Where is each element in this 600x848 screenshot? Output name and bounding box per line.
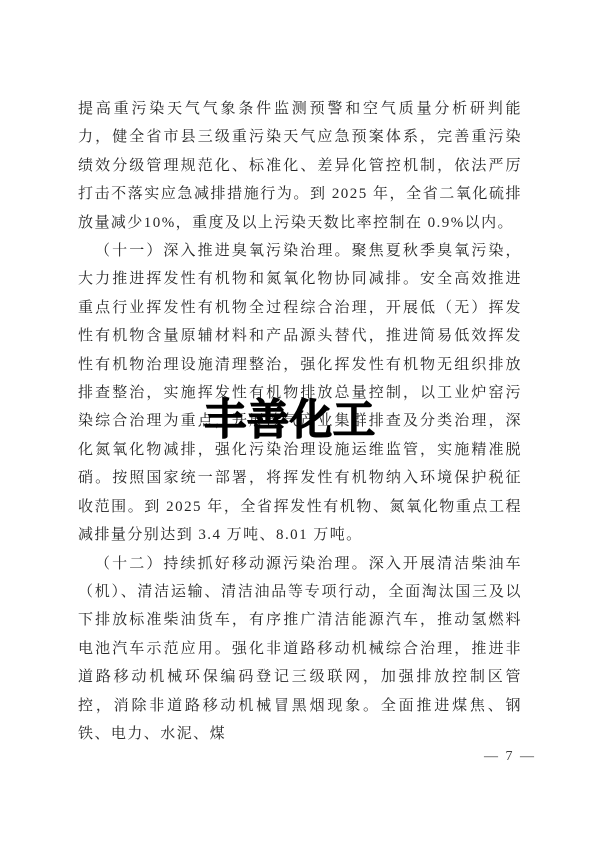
- paragraph: （十一）深入推进臭氧污染治理。聚焦夏秋季臭氧污染，大力推进挥发性有机物和氮氧化物…: [78, 237, 522, 549]
- paragraph: （十二）持续抓好移动源污染治理。深入开展清洁柴油车（机）、清洁运输、清洁油品等专…: [78, 550, 522, 749]
- page-number: — 7 —: [484, 749, 536, 765]
- document-page: 提高重污染天气气象条件监测预警和空气质量分析研判能力，健全省市县三级重污染天气应…: [0, 0, 600, 848]
- paragraph: 提高重污染天气气象条件监测预警和空气质量分析研判能力，健全省市县三级重污染天气应…: [78, 95, 522, 237]
- paragraph-lead: （十一）深入推进臭氧污染治理。: [95, 243, 352, 259]
- paragraph-lead: （十二）持续抓好移动源污染治理。: [95, 556, 369, 572]
- company-watermark: 丰善化工: [204, 398, 376, 442]
